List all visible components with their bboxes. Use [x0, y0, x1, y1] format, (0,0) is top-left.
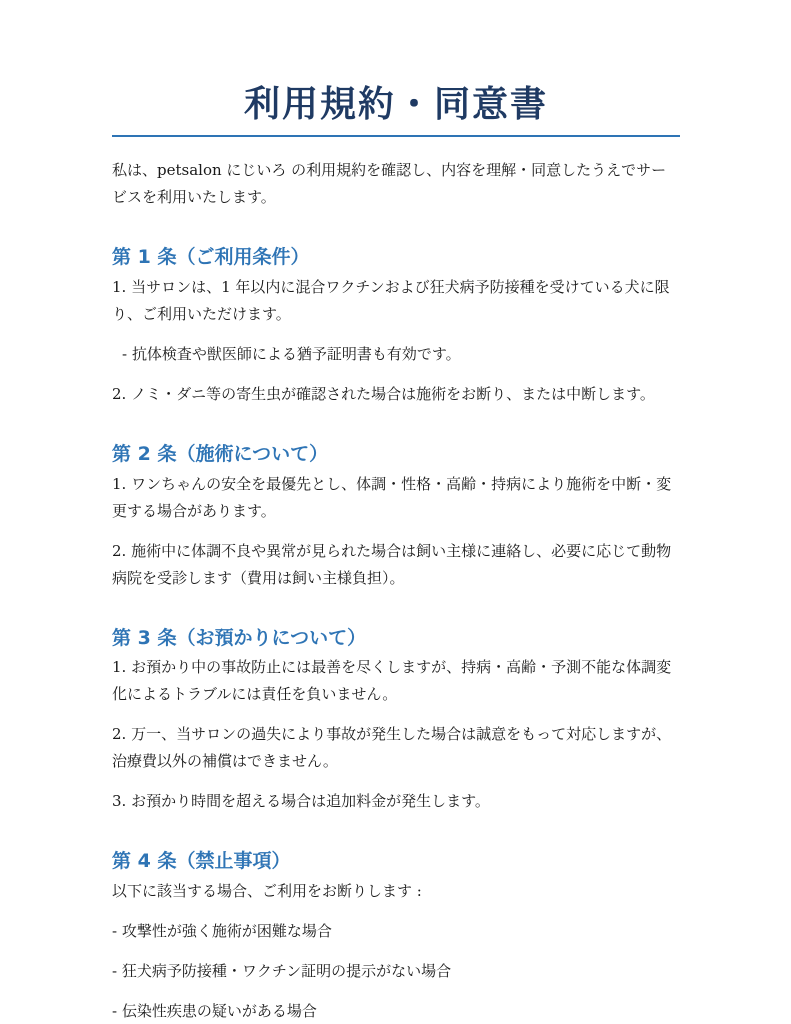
section-boarding: 第 3 条（お預かりについて） 1. お預かり中の事故防止には最善を尽くしますが…	[112, 626, 680, 816]
document-title: 利用規約・同意書	[112, 84, 680, 137]
intro-paragraph: 私は、petsalon にじいろ の利用規約を確認し、内容を理解・同意したうえで…	[112, 157, 680, 211]
section-1-paragraph-2: - 抗体検査や獣医師による猶予証明書も有効です。	[112, 341, 680, 368]
section-3-paragraph-1: 1. お預かり中の事故防止には最善を尽くしますが、持病・高齢・予測不能な体調変化…	[112, 654, 680, 708]
section-2-paragraph-2: 2. 施術中に体調不良や異常が見られた場合は飼い主様に連絡し、必要に応じて動物病…	[112, 538, 680, 592]
section-4-paragraph-1: 以下に該当する場合、ご利用をお断りします :	[112, 878, 680, 905]
section-treatment: 第 2 条（施術について） 1. ワンちゃんの安全を最優先とし、体調・性格・高齢…	[112, 442, 680, 592]
document-page: 利用規約・同意書 私は、petsalon にじいろ の利用規約を確認し、内容を理…	[0, 0, 791, 1024]
section-2-heading: 第 2 条（施術について）	[112, 442, 680, 467]
section-2-paragraph-1: 1. ワンちゃんの安全を最優先とし、体調・性格・高齢・持病により施術を中断・変更…	[112, 471, 680, 525]
section-1-paragraph-1: 1. 当サロンは、1 年以内に混合ワクチンおよび狂犬病予防接種を受けている犬に限…	[112, 274, 680, 328]
section-4-bullet-3: - 伝染性疾患の疑いがある場合	[112, 998, 680, 1024]
section-4-bullet-2: - 狂犬病予防接種・ワクチン証明の提示がない場合	[112, 958, 680, 985]
section-4-bullet-1: - 攻撃性が強く施術が困難な場合	[112, 918, 680, 945]
section-4-heading: 第 4 条（禁止事項）	[112, 849, 680, 874]
section-prohibitions: 第 4 条（禁止事項） 以下に該当する場合、ご利用をお断りします : - 攻撃性…	[112, 849, 680, 1024]
section-1-heading: 第 1 条（ご利用条件）	[112, 245, 680, 270]
section-1-paragraph-3: 2. ノミ・ダニ等の寄生虫が確認された場合は施術をお断り、または中断します。	[112, 381, 680, 408]
section-3-paragraph-3: 3. お預かり時間を超える場合は追加料金が発生します。	[112, 788, 680, 815]
section-terms-of-use: 第 1 条（ご利用条件） 1. 当サロンは、1 年以内に混合ワクチンおよび狂犬病…	[112, 245, 680, 408]
section-3-heading: 第 3 条（お預かりについて）	[112, 626, 680, 651]
section-3-paragraph-2: 2. 万一、当サロンの過失により事故が発生した場合は誠意をもって対応しますが、治…	[112, 721, 680, 775]
